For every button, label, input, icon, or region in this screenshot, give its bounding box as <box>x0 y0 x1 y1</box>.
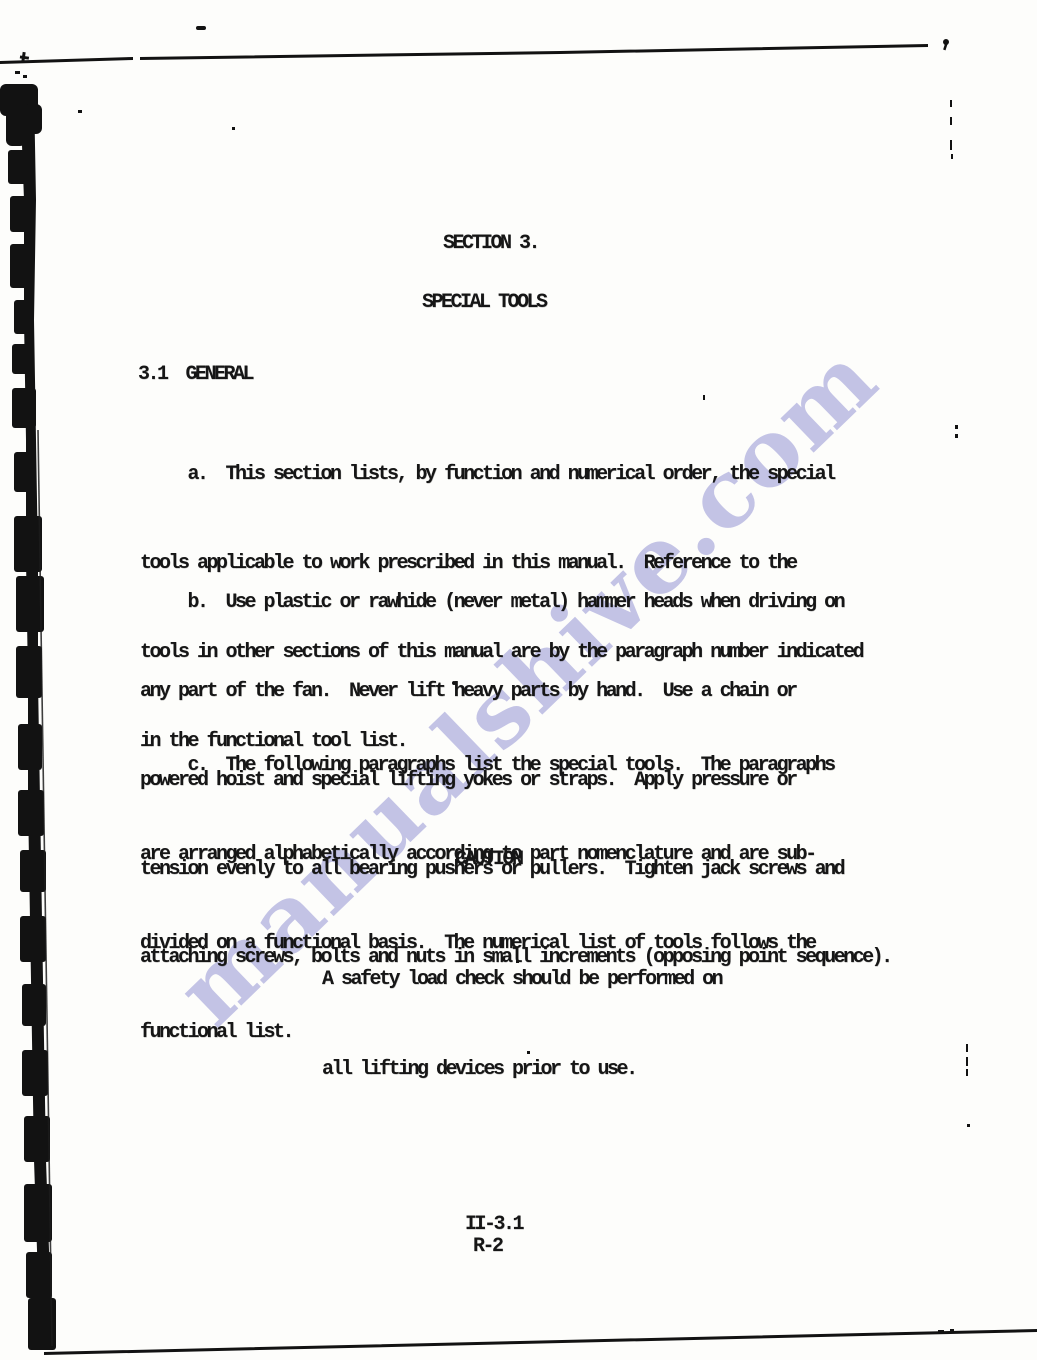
revision-number: R-2 <box>473 1236 502 1258</box>
text-line: a. This section lists, by function and n… <box>140 460 862 490</box>
page-number: II-3.1 <box>465 1214 522 1236</box>
caution-text: A safety load check should be performed … <box>322 905 721 1145</box>
text-line: all lifting devices prior to use. <box>322 1055 721 1085</box>
scanned-page: manualshive.com SECTION 3. SPECIAL TOOLS… <box>0 0 1037 1360</box>
section-title: SECTION 3. <box>443 229 538 259</box>
document-title: SPECIAL TOOLS <box>422 288 546 318</box>
top-speck <box>196 26 206 30</box>
bottom-rule <box>44 1329 1037 1355</box>
top-rule-right <box>140 44 928 60</box>
heading-3-1-general: 3.1 GENERAL <box>138 360 252 390</box>
text-line: c. The following paragraphs list the spe… <box>140 751 834 781</box>
caution-heading: CAUTION <box>455 845 522 875</box>
text-line: A safety load check should be performed … <box>322 965 721 995</box>
text-line: b. Use plastic or rawhide (never metal) … <box>140 588 891 618</box>
